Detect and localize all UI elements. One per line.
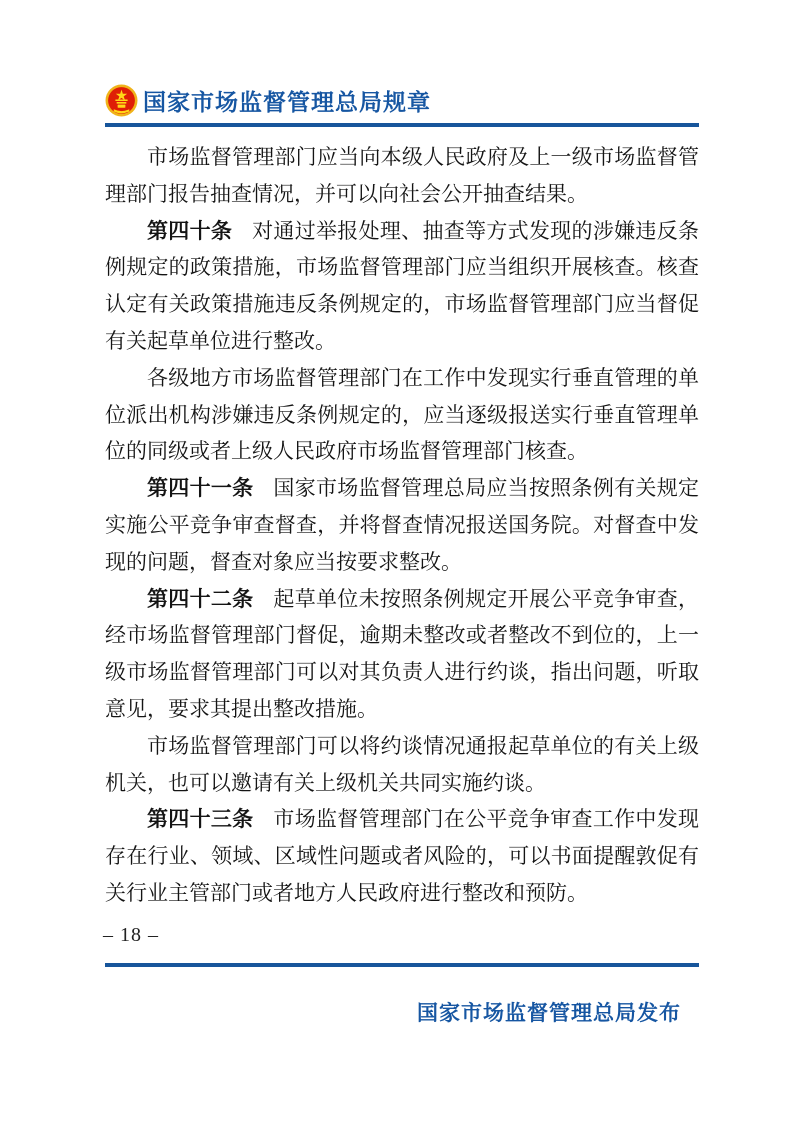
paragraph-text: 市场监督管理部门应当向本级人民政府及上一级市场监督管理部门报告抽查情况，并可以向… [105,145,699,206]
article-number: 第四十条 [147,219,232,243]
article-number: 第四十一条 [147,476,253,500]
article-number: 第四十二条 [147,587,253,611]
body-paragraph: 第四十二条起草单位未按照条例规定开展公平竞争审查，经市场监督管理部门督促，逾期未… [105,581,699,728]
body-paragraph: 第四十一条国家市场监督管理总局应当按照条例有关规定实施公平竞争审查督查，并将督查… [105,470,699,580]
publisher-line: 国家市场监督管理总局发布 [105,997,681,1027]
article-number: 第四十三条 [147,807,253,831]
body-paragraph: 第四十条对通过举报处理、抽查等方式发现的涉嫌违反条例规定的政策措施，市场监督管理… [105,213,699,360]
body-paragraph: 市场监督管理部门可以将约谈情况通报起草单位的有关上级机关，也可以邀请有关上级机关… [105,728,699,802]
document-page: 国家市场监督管理总局规章 市场监督管理部门应当向本级人民政府及上一级市场监督管理… [0,0,793,1122]
page-number: – 18 – [103,924,159,947]
header-rule [105,123,699,127]
page-title: 国家市场监督管理总局规章 [143,84,431,117]
page-header: 国家市场监督管理总局规章 [105,84,699,127]
paragraph-text: 市场监督管理部门可以将约谈情况通报起草单位的有关上级机关，也可以邀请有关上级机关… [105,734,699,795]
footer-rule [105,963,699,967]
paragraph-text: 各级地方市场监督管理部门在工作中发现实行垂直管理的单位派出机构涉嫌违反条例规定的… [105,366,699,464]
body-paragraph: 各级地方市场监督管理部门在工作中发现实行垂直管理的单位派出机构涉嫌违反条例规定的… [105,360,699,470]
body-paragraph: 第四十三条市场监督管理部门在公平竞争审查工作中发现存在行业、领域、区域性问题或者… [105,801,699,911]
body-paragraph: 市场监督管理部门应当向本级人民政府及上一级市场监督管理部门报告抽查情况，并可以向… [105,139,699,213]
national-emblem-icon [105,84,138,117]
document-body: 市场监督管理部门应当向本级人民政府及上一级市场监督管理部门报告抽查情况，并可以向… [105,139,699,912]
